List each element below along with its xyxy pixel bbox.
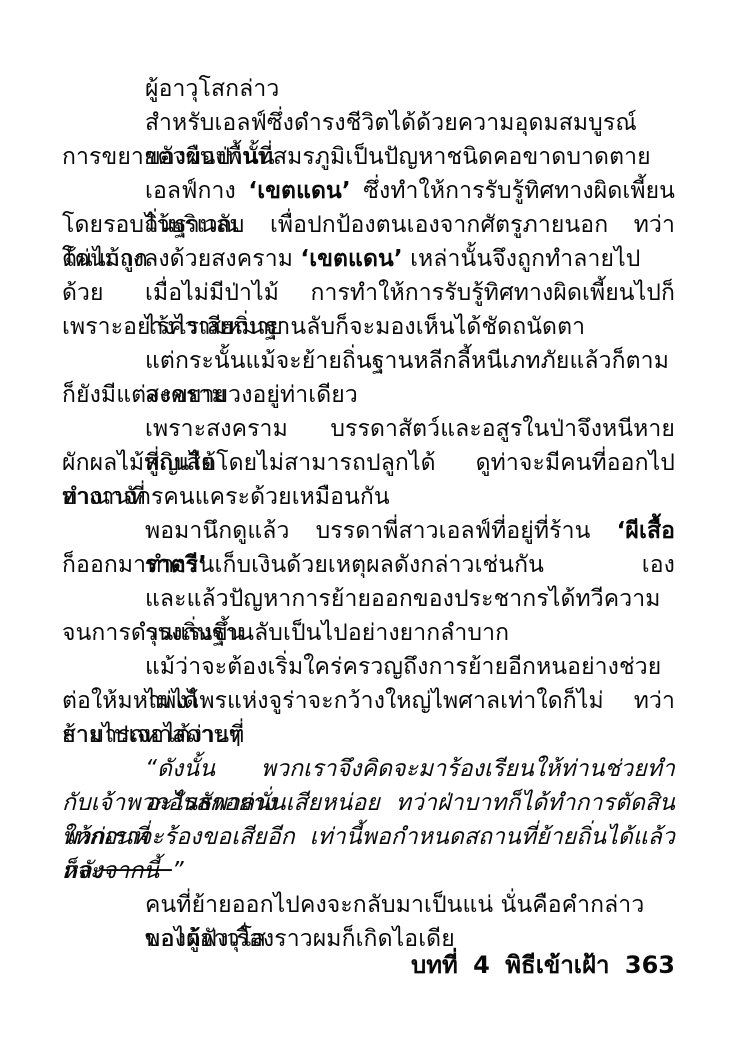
book-page: ผู้อาวุโสกล่าวสำหรับเอลฟ์ซึ่งดำรงชีวิตได… bbox=[0, 0, 738, 1051]
text-run: การขยายตัวของพื้นที่สมรภูมิเป็นปัญหาชนิด… bbox=[62, 144, 651, 170]
text-run: ‘เขตแดน’ bbox=[300, 246, 402, 272]
text-run: เอลฟ์กาง bbox=[145, 178, 248, 204]
text-line: การขยายตัวของพื้นที่สมรภูมิเป็นปัญหาชนิด… bbox=[62, 140, 675, 174]
text-line: ก็จะ─────” bbox=[62, 854, 675, 888]
text-run: ก็ออกมาทำงานเก็บเงินด้วยเหตุผลดังกล่าวเช… bbox=[62, 552, 544, 578]
text-line: พอมานึกดูแล้ว บรรดาพี่สาวเอลฟ์ที่อยู่ที่… bbox=[62, 514, 675, 548]
text-line: จนการดำรงถิ่นฐานลับเป็นไปอย่างยากลำบาก bbox=[62, 616, 675, 650]
text-line: อาณาจักรคนแคระด้วยเหมือนกัน bbox=[62, 480, 675, 514]
text-run: อาณาจักรคนแคระด้วยเหมือนกัน bbox=[62, 484, 390, 510]
text-line: ผู้อาวุโสกล่าว bbox=[62, 72, 675, 106]
text-line: เอลฟ์กาง ‘เขตแดน’ ซึ่งทำให้การรับรู้ทิศท… bbox=[62, 174, 675, 208]
text-line: แต่กระนั้นแม้จะย้ายถิ่นฐานหลีกลี้หนีเภทภ… bbox=[62, 344, 675, 378]
text-run: ผู้อาวุโสกล่าว bbox=[145, 76, 279, 102]
text-line: คนที่ย้ายออกไปคงจะกลับมาเป็นแน่ นั่นคือค… bbox=[62, 888, 675, 922]
text-line: ต่อให้มหาพงไพรแห่งจูร่าจะกว้างใหญ่ไพศาลเ… bbox=[62, 684, 675, 718]
text-line: และแล้วปัญหาการย้ายออกของประชากรได้ทวีคว… bbox=[62, 582, 675, 616]
text-run: ‘เขตแดน’ bbox=[248, 178, 350, 204]
text-line: ผักผลไม้ที่กินได้โดยไม่สามารถปลูกได้ ดูท… bbox=[62, 446, 675, 480]
text-line: “ดังนั้น พวกเราจึงคิดจะมาร้องเรียนให้ท่า… bbox=[62, 752, 675, 786]
page-text: ผู้อาวุโสกล่าวสำหรับเอลฟ์ซึ่งดำรงชีวิตได… bbox=[62, 72, 675, 956]
chapter-footer: บทที่ 4 พิธีเข้าเฝ้า 363 bbox=[411, 950, 675, 980]
text-line: กับเจ้าพวกอันธพาลนั่นเสียหน่อย ทว่าฝ่าบา… bbox=[62, 786, 675, 820]
text-run: ก็จะ─────” bbox=[62, 858, 184, 884]
text-line: โค่นถางลงด้วยสงคราม ‘เขตแดน’ เหล่านั้นจึ… bbox=[62, 242, 675, 276]
text-line: ก็ยังมีแต่จะขยายวงอยู่ท่าเดียว bbox=[62, 378, 675, 412]
text-run: โค่นถางลงด้วยสงคราม bbox=[62, 246, 300, 272]
text-line: ย้ายไปเจอได้ง่ายๆ bbox=[62, 718, 675, 752]
text-run: จนการดำรงถิ่นฐานลับเป็นไปอย่างยากลำบาก bbox=[62, 620, 509, 646]
text-line: พวกเราจะร้องขอเสียอีก เท่านี้พอกำหนดสถาน… bbox=[62, 820, 675, 854]
text-line: สำหรับเอลฟ์ซึ่งดำรงชีวิตได้ด้วยความอุดมส… bbox=[62, 106, 675, 140]
text-run: พอมานึกดูแล้ว บรรดาพี่สาวเอลฟ์ที่อยู่ที่… bbox=[145, 518, 617, 544]
text-run: ก็ยังมีแต่จะขยายวงอยู่ท่าเดียว bbox=[62, 382, 358, 408]
text-line: โดยรอบถิ่นฐานลับ เพื่อปกป้องตนเองจากศัตร… bbox=[62, 208, 675, 242]
text-line: เพราะสงคราม บรรดาสัตว์และอสูรในป่าจึงหนี… bbox=[62, 412, 675, 446]
text-run: พอได้ฟังเรื่องราวผมก็เกิดไอเดีย bbox=[145, 926, 455, 952]
text-line: เมื่อไม่มีป่าไม้ การทำให้การรับรู้ทิศทาง… bbox=[62, 276, 675, 310]
text-run: ย้ายไปเจอได้ง่ายๆ bbox=[62, 722, 241, 748]
text-line: เพราะอย่างไรเสียถิ่นฐานลับก็จะมองเห็นได้… bbox=[62, 310, 675, 344]
text-run: เพราะอย่างไรเสียถิ่นฐานลับก็จะมองเห็นได้… bbox=[62, 314, 585, 340]
text-line: แม้ว่าจะต้องเริ่มใคร่ครวญถึงการย้ายอีกหน… bbox=[62, 650, 675, 684]
